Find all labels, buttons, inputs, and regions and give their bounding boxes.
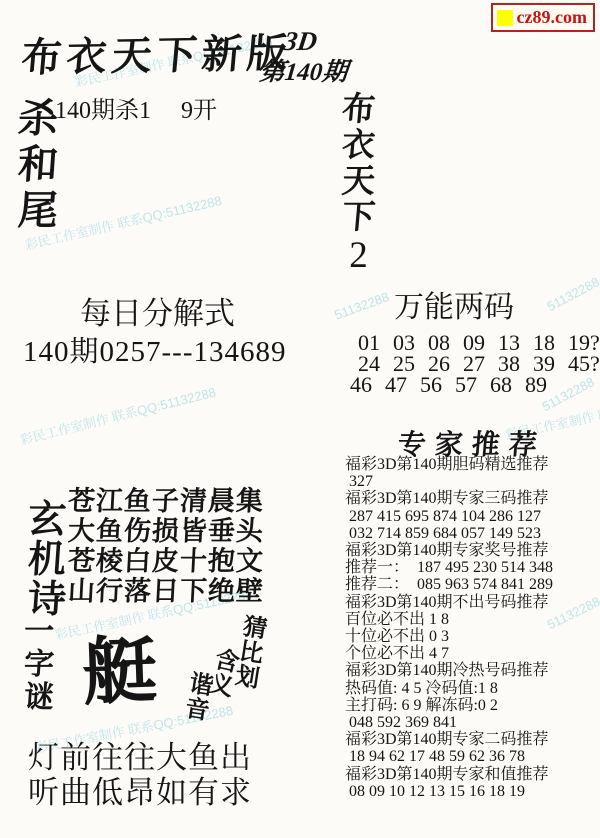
kill-sum-tail-column: 杀 和 尾 <box>18 96 58 234</box>
expert-line: 福彩3D第140期专家二码推荐 <box>345 731 595 748</box>
kill-open: 9开 <box>181 98 217 124</box>
code-cell: 56 <box>420 374 442 395</box>
two-codes-title: 万能两码 <box>394 282 592 326</box>
poem-line: 苍江鱼子清晨集 <box>67 486 265 516</box>
mystery-poem: 苍江鱼子清晨集 大鱼伤损皆垂头 苍棱白皮十抱文 山行落日下绝壁 <box>68 486 264 606</box>
expert-line: 热码值: 4 5 冷码值:1 8 <box>345 680 595 697</box>
kill-line: 140期杀19开 <box>55 90 217 125</box>
expert-line: 十位必不出 0 3 <box>345 628 595 645</box>
expert-line: 福彩3D第140期胆码精选推荐 <box>345 456 595 473</box>
code-cell: 08 <box>428 332 450 353</box>
code-cell: 68 <box>490 374 512 395</box>
expert-line: 推荐二： 085 963 574 841 289 <box>345 576 595 593</box>
lottery-sheet-page: 彩民工作室制作 联系QQ:51132288 彩民工作室制作 联系QQ:51132… <box>0 0 600 838</box>
two-codes-section: 万能两码 01 03 08 09 13 18 19? 24 25 26 27 3… <box>340 282 592 395</box>
couplet-line: 灯前往往大鱼出 <box>28 740 252 775</box>
poem-line: 大鱼伤损皆垂头 <box>67 516 265 546</box>
expert-line: 福彩3D第140期专家三码推荐 <box>345 490 595 507</box>
code-cell: 09 <box>463 332 485 353</box>
expert-line: 福彩3D第140期专家和值推荐 <box>345 766 595 783</box>
riddle-hint: 谐音 <box>175 669 217 724</box>
brand-char: 衣 <box>340 128 376 164</box>
expert-line: 个位必不出 4 7 <box>345 645 595 662</box>
expert-line: 推荐一： 187 495 230 514 348 <box>345 559 595 576</box>
couplet-line: 听曲低昂如有求 <box>28 775 252 810</box>
code-cell: 03 <box>393 332 415 353</box>
poem-line: 苍棱白皮十抱文 <box>67 546 265 576</box>
brand-column: 布 衣 天 下 2 <box>342 92 375 276</box>
expert-line: 18 94 62 17 48 59 62 36 78 <box>345 748 595 765</box>
code-cell: 01 <box>358 332 380 353</box>
poem-label-char: 诗 <box>27 580 68 620</box>
daily-decomposition-formula: 140期0257---134689 <box>23 329 286 370</box>
riddle-label: 一 字 谜 <box>24 615 54 714</box>
seal-char: 尾 <box>16 188 59 234</box>
page-title: 布衣天下新版 <box>19 22 294 84</box>
code-cell: 45? <box>568 353 600 374</box>
issue-label: 第140期 <box>258 52 349 88</box>
brand-char: 天 <box>340 164 376 200</box>
expert-line: 福彩3D第140期专家奖号推荐 <box>345 542 595 559</box>
code-cell: 24 <box>358 353 380 374</box>
brand-number: 2 <box>349 236 368 276</box>
code-cell: 89 <box>525 374 547 395</box>
code-cell: 47 <box>385 374 407 395</box>
code-cell: 19? <box>568 332 600 353</box>
seal-char: 和 <box>16 142 59 188</box>
riddle-label-char: 一 <box>23 615 55 648</box>
poem-line: 山行落日下绝壁 <box>67 576 265 606</box>
code-cell: 26 <box>428 353 450 374</box>
two-codes-row: 24 25 26 27 38 39 45? <box>340 353 592 374</box>
expert-line: 福彩3D第140期冷热号码推荐 <box>345 662 595 679</box>
code-cell: 13 <box>498 332 520 353</box>
daily-decomposition-title: 每日分解式 <box>80 288 235 333</box>
code-cell: 18 <box>533 332 555 353</box>
expert-line: 08 09 10 12 13 15 16 18 19 <box>345 783 595 800</box>
expert-line: 032 714 859 684 057 149 523 <box>345 525 595 542</box>
two-codes-row: 46 47 56 57 68 89 <box>340 374 592 395</box>
code-cell: 25 <box>393 353 415 374</box>
watermark: 彩民工作室制作 联系QQ:51132288 <box>18 382 218 449</box>
cz89-site-badge[interactable]: cz89.com <box>491 3 595 32</box>
site-badge-label: cz89.com <box>517 7 587 28</box>
expert-line: 287 415 695 874 104 286 127 <box>345 508 595 525</box>
code-cell: 39 <box>533 353 555 374</box>
riddle-label-char: 字 <box>23 648 55 681</box>
mystery-poem-label: 玄 机 诗 <box>28 500 66 620</box>
bottom-couplet: 灯前往往大鱼出 听曲低昂如有求 <box>28 740 252 810</box>
code-cell: 27 <box>463 353 485 374</box>
yellow-square-icon <box>497 10 513 26</box>
code-cell: 38 <box>498 353 520 374</box>
code-cell: 46 <box>350 374 372 395</box>
expert-line: 主打码: 6 9 解冻码:0 2 <box>345 697 595 714</box>
expert-line: 048 592 369 841 <box>345 714 595 731</box>
expert-line: 327 <box>345 473 595 490</box>
brand-char: 布 <box>340 92 376 128</box>
riddle-character: 艇 <box>82 633 159 714</box>
code-cell: 57 <box>455 374 477 395</box>
expert-line: 百位必不出 1 8 <box>345 611 595 628</box>
poem-label-char: 玄 <box>27 500 68 540</box>
poem-label-char: 机 <box>27 540 68 580</box>
kill-text: 140期杀1 <box>55 98 151 124</box>
expert-line: 福彩3D第140期不出号码推荐 <box>345 594 595 611</box>
riddle-label-char: 谜 <box>23 681 55 714</box>
brand-char: 下 <box>340 200 376 236</box>
two-codes-row: 01 03 08 09 13 18 19? <box>340 332 592 353</box>
seal-char: 杀 <box>16 96 59 142</box>
expert-recommendation-list: 福彩3D第140期胆码精选推荐 327 福彩3D第140期专家三码推荐 287 … <box>345 456 595 800</box>
